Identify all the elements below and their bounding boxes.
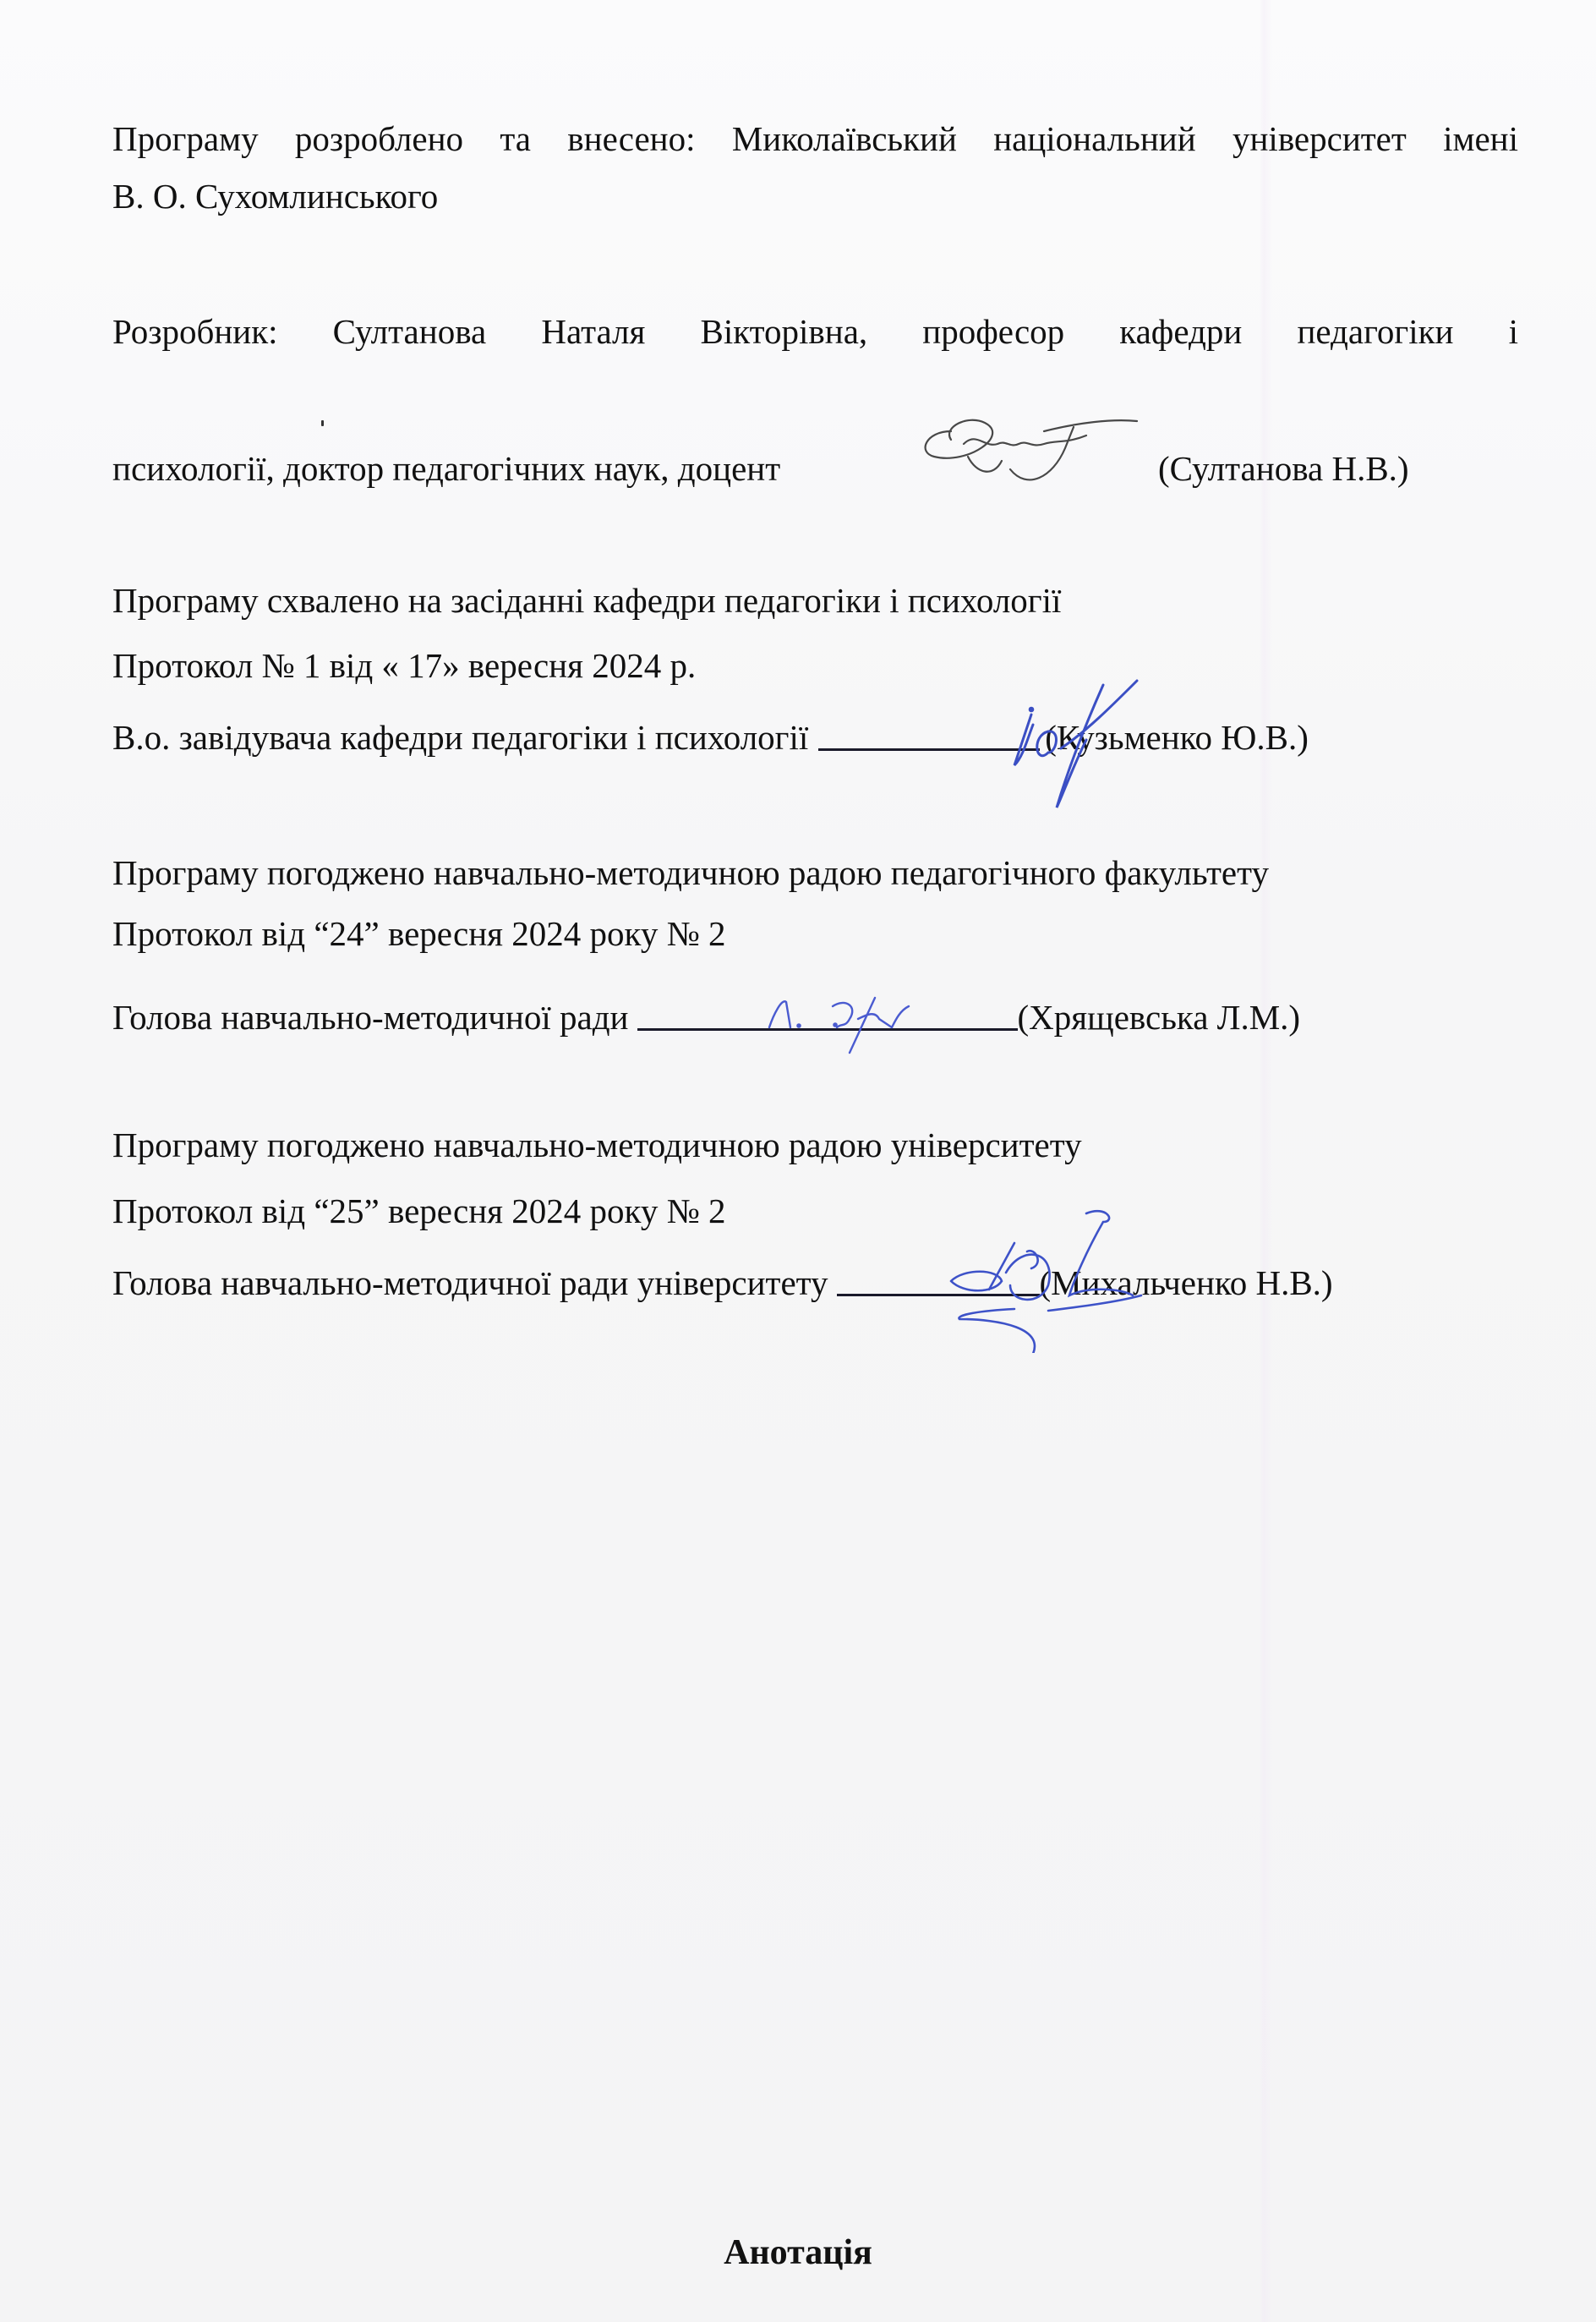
- developed-by-line-1: Програму розроблено та внесено: Миколаїв…: [112, 118, 1518, 159]
- faculty-head-row: Голова навчально-методичної ради (Хрящев…: [112, 994, 1300, 1038]
- developer-line-1: Розробник: Султанова Наталя Вікторівна, …: [112, 311, 1518, 352]
- faculty-head-label: Голова навчально-методичної ради: [112, 997, 629, 1038]
- section-title-annotation: Анотація: [0, 2232, 1596, 2273]
- signature-line: [637, 994, 1018, 1031]
- department-protocol: Протокол № 1 від « 17» вересня 2024 р.: [112, 645, 696, 686]
- signature-sultanova-icon: [917, 397, 1145, 490]
- faculty-approved: Програму погоджено навчально-методичною …: [112, 852, 1269, 893]
- department-approved: Програму схвалено на засіданні кафедри п…: [112, 580, 1061, 621]
- faculty-head-name: (Хрящевська Л.М.): [1018, 997, 1301, 1038]
- department-head-label: В.о. завідувача кафедри педагогіки і пси…: [112, 717, 808, 758]
- university-approved: Програму погоджено навчально-методичною …: [112, 1125, 1082, 1165]
- developed-by-line-2: В. О. Сухомлинського: [112, 176, 438, 216]
- faculty-protocol: Протокол від “24” вересня 2024 року № 2: [112, 913, 725, 954]
- university-head-row: Голова навчально-методичної ради універс…: [112, 1260, 1333, 1303]
- university-protocol: Протокол від “25” вересня 2024 року № 2: [112, 1191, 725, 1231]
- university-head-name: (Михальченко Н.В.): [1040, 1262, 1333, 1303]
- signature-line: [837, 1260, 1040, 1296]
- department-head-name: (Кузьменко Ю.В.): [1045, 717, 1309, 758]
- developer-line-2: психології, доктор педагогічних наук, до…: [112, 448, 780, 489]
- department-head-row: В.о. завідувача кафедри педагогіки і пси…: [112, 715, 1309, 758]
- scanned-page: Програму розроблено та внесено: Миколаїв…: [0, 0, 1596, 2322]
- scan-speck: [321, 420, 324, 426]
- developer-name: (Султанова Н.В.): [1158, 448, 1409, 489]
- university-head-label: Голова навчально-методичної ради універс…: [112, 1262, 828, 1303]
- signature-line: [818, 715, 1040, 751]
